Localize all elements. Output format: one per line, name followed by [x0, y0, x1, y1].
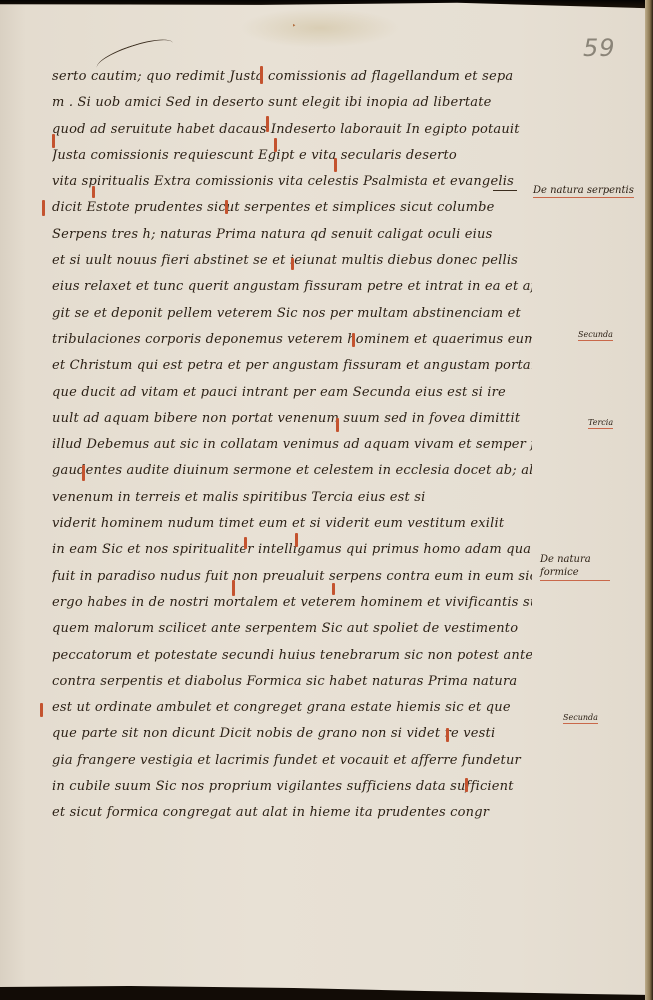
rubric-mark — [92, 186, 95, 198]
text-line: que parte sit non dicunt Dicit nobis de … — [52, 721, 532, 747]
rubric-mark — [465, 778, 468, 792]
rubric-mark — [332, 583, 335, 595]
text-line: eius relaxet et tunc querit angustam fis… — [52, 274, 532, 300]
text-line: quod ad seruitute habet dacaus Indeserto… — [52, 117, 532, 143]
margin-note-tercia: Tercia — [588, 418, 613, 429]
text-line: venenum in terreis et malis spiritibus T… — [52, 485, 532, 511]
text-line: quem malorum scilicet ante serpentem Sic… — [52, 616, 532, 642]
text-line: peccatorum et potestate secundi huius te… — [52, 643, 532, 669]
text-line: Justa comissionis requiescunt Egipt e vi… — [52, 143, 532, 169]
text-line: git se et deponit pellem veterem Sic nos… — [52, 301, 532, 327]
rubric-mark — [52, 134, 55, 148]
rubric-mark — [260, 66, 263, 84]
text-line: ergo habes in de nostri mortalem et vete… — [52, 590, 532, 616]
main-text-block: serto cautim; quo redimit Justa comissio… — [52, 64, 532, 827]
margin-note-secunda-1: Secunda — [578, 330, 613, 341]
text-line: in eam Sic et nos spiritualiter intellig… — [52, 537, 532, 563]
text-line: est ut ordinate ambulet et congreget gra… — [52, 695, 532, 721]
page-right-edge — [645, 0, 653, 1000]
water-stain — [240, 8, 400, 48]
text-line: tribulaciones corporis deponemus veterem… — [52, 327, 532, 353]
text-line: uult ad aquam bibere non portat venenum … — [52, 406, 532, 432]
rubric-mark — [42, 200, 45, 216]
text-line: illud Debemus aut sic in collatam venimu… — [52, 432, 532, 458]
text-line: m . Si uob amici Sed in deserto sunt ele… — [52, 90, 532, 116]
manuscript-page: ‣ 59 serto cautim; quo redimit Justa com… — [0, 0, 645, 1000]
margin-note-secunda-2: Secunda — [563, 713, 598, 724]
text-line: in cubile suum Sic nos proprium vigilant… — [52, 774, 532, 800]
rubric-mark — [446, 728, 449, 742]
text-line: et sicut formica congregat aut alat in h… — [52, 800, 532, 826]
text-line: gaudentes audite diuinum sermone et cele… — [52, 458, 532, 484]
rubric-mark — [225, 200, 228, 214]
rubric-mark — [232, 580, 235, 596]
red-mark: ‣ — [292, 22, 296, 30]
text-line: viderit hominem nudum timet eum et si vi… — [52, 511, 532, 537]
text-line: Serpens tres h; naturas Prima natura qd … — [52, 222, 532, 248]
rubric-mark — [266, 116, 269, 132]
line-filler-dash — [493, 190, 517, 191]
rubric-mark — [82, 465, 85, 481]
rubric-mark — [352, 333, 355, 347]
rubric-mark — [244, 537, 247, 549]
rubric-mark — [334, 158, 337, 172]
text-line: que ducit ad vitam et pauci intrant per … — [52, 380, 532, 406]
margin-note-formica: De natura formice — [540, 553, 610, 581]
text-line: vita spiritualis Extra comissionis vita … — [52, 169, 532, 195]
text-line: dicit Estote prudentes sicut serpentes e… — [52, 195, 532, 221]
rubric-mark — [40, 703, 43, 717]
text-line: serto cautim; quo redimit Justa comissio… — [52, 64, 532, 90]
text-line: et Christum qui est petra et per angusta… — [52, 353, 532, 379]
text-line: contra serpentis et diabolus Formica sic… — [52, 669, 532, 695]
text-line: gia frangere vestigia et lacrimis fundet… — [52, 748, 532, 774]
rubric-mark — [291, 258, 294, 270]
margin-note-serpent: De natura serpentis — [533, 185, 634, 198]
text-line: fuit in paradiso nudus fuit non preualui… — [52, 564, 532, 590]
rubric-mark — [274, 138, 277, 152]
folio-number: 59 — [583, 34, 616, 62]
rubric-mark — [336, 418, 339, 432]
rubric-mark — [295, 533, 298, 547]
